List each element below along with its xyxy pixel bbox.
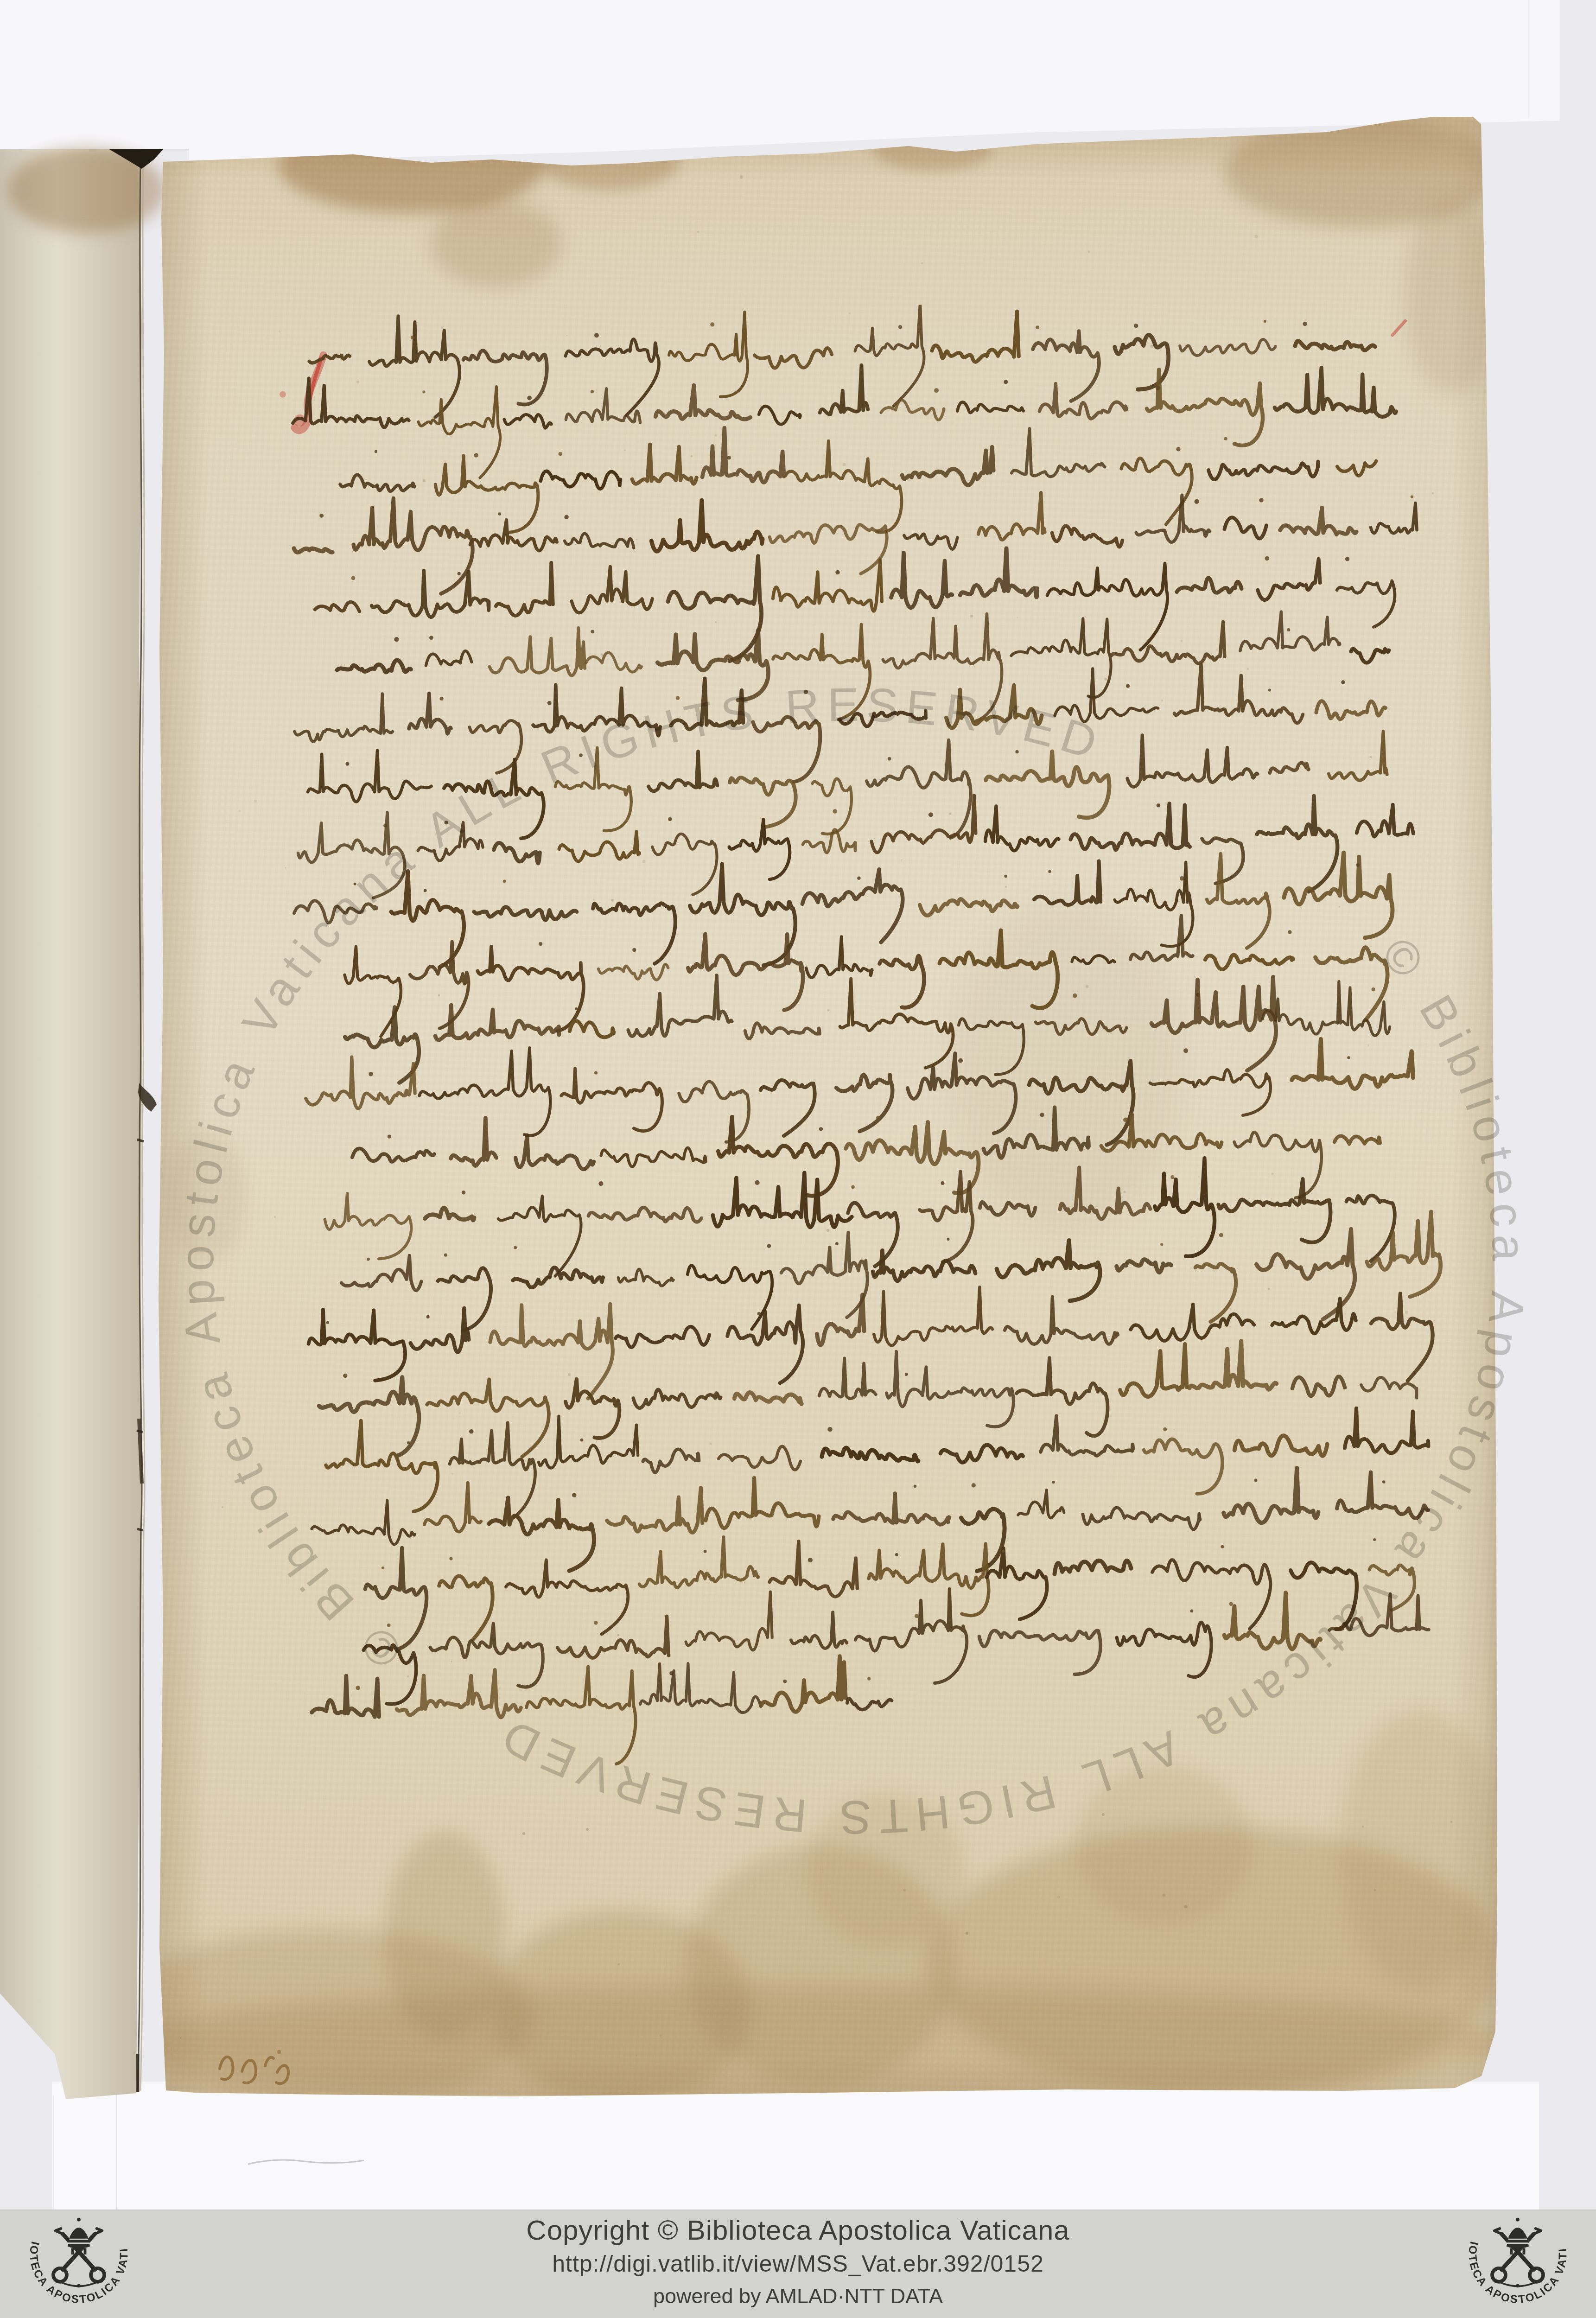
paper-speck	[1163, 1894, 1166, 1897]
paper-speck	[617, 1634, 620, 1637]
paper-speck	[451, 1473, 453, 1475]
paper-speck	[849, 312, 851, 314]
paper-speck	[180, 2038, 182, 2039]
paper-speck	[715, 621, 717, 623]
svg-text:BIBLIOTECA APOSTOLICA VATICANA: BIBLIOTECA APOSTOLICA VATICANA	[20, 2215, 130, 2306]
vatican-library-logo: BIBLIOTECA APOSTOLICA VATICANA	[20, 2215, 137, 2318]
paper-speck	[636, 2054, 637, 2056]
vatican-library-logo: BIBLIOTECA APOSTOLICA VATICANA	[1459, 2215, 1576, 2318]
paper-speck	[1147, 1629, 1149, 1630]
footer-url: http://digi.vatlib.it/view/MSS_Vat.ebr.3…	[552, 2250, 1044, 2277]
paper-speck	[710, 1443, 712, 1445]
paper-speck	[1176, 1561, 1178, 1563]
digitized-manuscript-photo: © Biblioteca Apostolica Vaticana ALL RIG…	[0, 0, 1596, 2318]
footer-copyright: Copyright © Biblioteca Apostolica Vatica…	[526, 2214, 1069, 2246]
paper-speck	[924, 410, 927, 413]
paper-speck	[1272, 1173, 1274, 1175]
paper-speck	[624, 449, 626, 451]
paper-speck	[1374, 1889, 1376, 1891]
paper-speck	[1102, 1813, 1105, 1816]
svg-text:BIBLIOTECA APOSTOLICA VATICANA: BIBLIOTECA APOSTOLICA VATICANA	[1459, 2215, 1569, 2306]
paper-speck	[566, 335, 567, 336]
footer-bar: Copyright © Biblioteca Apostolica Vatica…	[0, 2210, 1596, 2318]
paper-speck	[1017, 617, 1018, 618]
paper-speck	[1338, 906, 1340, 907]
paper-speck	[1254, 235, 1258, 238]
paper-speck	[1181, 640, 1183, 642]
paper-speck	[1161, 700, 1163, 701]
paper-speck	[1247, 668, 1249, 670]
paper-speck	[1005, 886, 1007, 888]
paper-speck	[1349, 1619, 1351, 1621]
paper-speck	[1432, 492, 1434, 495]
paper-speck	[568, 1373, 571, 1376]
paper-speck	[1362, 1826, 1364, 1828]
paper-speck	[274, 1216, 275, 1217]
paper-speck	[924, 1516, 926, 1518]
paper-speck	[827, 1009, 830, 1012]
paper-specks	[0, 0, 1596, 2318]
paper-speck	[1184, 1905, 1188, 1909]
paper-speck	[1119, 346, 1121, 348]
paper-speck	[239, 810, 241, 812]
logo-arc-text: BIBLIOTECA APOSTOLICA VATICANA	[20, 2215, 130, 2306]
logo-arc-text: BIBLIOTECA APOSTOLICA VATICANA	[1459, 2215, 1569, 2306]
paper-speck	[810, 733, 811, 735]
paper-speck	[1150, 344, 1153, 348]
paper-speck	[740, 176, 743, 179]
paper-speck	[966, 1932, 968, 1935]
paper-speck	[586, 1828, 589, 1831]
paper-speck	[279, 331, 280, 332]
paper-speck	[285, 867, 286, 869]
paper-speck	[1405, 1311, 1408, 1314]
paper-speck	[986, 1397, 989, 1400]
paper-speck	[388, 1894, 389, 1895]
paper-speck	[843, 463, 846, 466]
paper-speck	[601, 654, 604, 657]
paper-speck	[1174, 1429, 1175, 1431]
paper-speck	[1104, 678, 1107, 681]
paper-speck	[970, 615, 973, 618]
paper-speck	[1086, 985, 1089, 988]
paper-speck	[1088, 251, 1090, 253]
paper-speck	[1370, 756, 1372, 758]
footer-powered-by: powered by AMLAD·NTT DATA	[653, 2284, 943, 2308]
paper-speck	[611, 899, 614, 902]
paper-speck	[356, 381, 359, 383]
paper-speck	[1240, 1000, 1243, 1003]
paper-speck	[1124, 1191, 1126, 1193]
paper-speck	[691, 455, 693, 457]
paper-speck	[1346, 533, 1348, 536]
paper-speck	[618, 1963, 620, 1966]
paper-speck	[555, 1270, 559, 1274]
pencil-mark	[248, 2160, 364, 2164]
paper-speck	[827, 1229, 829, 1232]
paper-speck	[901, 859, 903, 861]
paper-speck	[423, 479, 426, 483]
paper-speck	[407, 1675, 409, 1677]
paper-speck	[1048, 1606, 1050, 1608]
paper-speck	[715, 434, 717, 437]
paper-speck	[438, 994, 440, 997]
paper-speck	[522, 1832, 525, 1835]
paper-speck	[1268, 1288, 1270, 1290]
paper-speck	[949, 813, 952, 815]
paper-speck	[960, 1635, 964, 1638]
paper-speck	[222, 1506, 223, 1508]
paper-speck	[921, 262, 923, 265]
paper-speck	[254, 800, 257, 802]
paper-speck	[459, 1413, 461, 1414]
paper-speck	[660, 2035, 662, 2037]
paper-speck	[451, 1661, 452, 1662]
paper-speck	[1296, 1074, 1299, 1076]
paper-speck	[1057, 1896, 1060, 1898]
paper-speck	[593, 899, 595, 901]
paper-speck	[1367, 1044, 1369, 1046]
paper-speck	[1450, 1821, 1453, 1823]
paper-speck	[903, 1889, 905, 1891]
paper-speck	[636, 539, 638, 541]
paper-speck	[697, 231, 699, 233]
paper-speck	[642, 860, 646, 863]
